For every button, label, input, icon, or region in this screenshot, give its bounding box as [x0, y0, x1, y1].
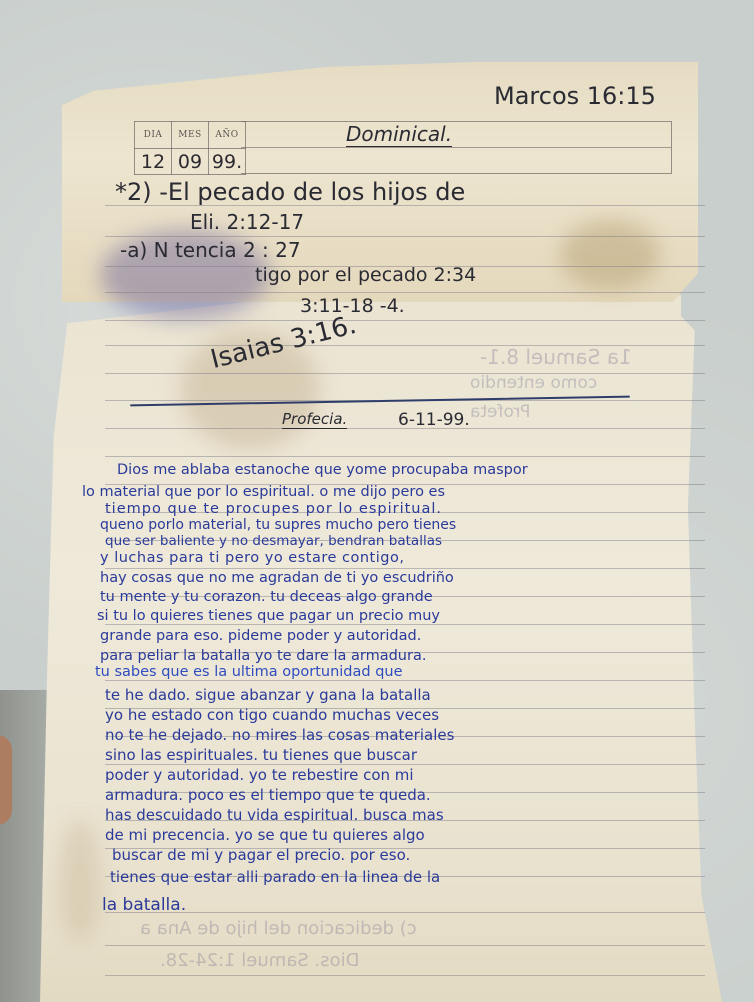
body-line: te he dado. sigue abanzar y gana la bata…	[105, 686, 431, 704]
top-line-2: Eli. 2:12-17	[190, 210, 304, 234]
body-line: queno porlo material, tu supres mucho pe…	[100, 517, 456, 533]
date-table: DIA MES AÑO 12 09 99.	[134, 121, 246, 175]
body-line: si tu lo quieres tienes que pagar un pre…	[97, 608, 440, 624]
profecia-label: Profecia.	[282, 410, 347, 429]
top-line-4: tigo por el pecado 2:34	[255, 264, 476, 286]
body-line: armadura. poco es el tiempo que te queda…	[105, 786, 431, 804]
bleed-through-text: Dios. Samuel 1:24-28.	[160, 950, 359, 971]
bleed-through-text: como entendio	[470, 373, 597, 393]
year-label: AÑO	[209, 122, 246, 149]
body-line: no te he dejado. no mires las cosas mate…	[105, 726, 454, 744]
body-line: para peliar la batalla yo te dare la arm…	[100, 648, 426, 664]
body-line: tu sabes que es la ultima oportunidad qu…	[95, 664, 403, 680]
top-line-3: -a) N tencia 2 : 27	[120, 238, 301, 262]
water-stain	[560, 220, 660, 290]
bleed-through-text: c) dedicacion del hijo de Ana a	[140, 918, 417, 939]
bleed-through-text: Profeta	[470, 402, 531, 422]
water-stain	[60, 820, 100, 940]
body-line: hay cosas que no me agradan de ti yo esc…	[100, 570, 454, 586]
body-line: y luchas para ti pero yo estare contigo,	[100, 550, 404, 566]
day-label: DIA	[135, 122, 172, 149]
body-line: que ser baliente y no desmayar, bendran …	[105, 533, 442, 549]
body-line: lo material que por lo espiritual. o me …	[82, 484, 445, 500]
verse-reference-marcos: Marcos 16:15	[494, 82, 656, 110]
month-value: 09	[172, 149, 209, 175]
body-line: de mi precencia. yo se que tu quieres al…	[105, 826, 425, 844]
body-line: Dios me ablaba estanoche que yome procup…	[117, 462, 528, 478]
month-label: MES	[172, 122, 209, 149]
top-line-1: *2) -El pecado de los hijos de	[115, 178, 465, 206]
body-line: tienes que estar alli parado en la linea…	[110, 868, 440, 886]
handwritten-note: Marcos 16:15 DIA MES AÑO 12 09 99. Domin…	[0, 0, 754, 1002]
body-line: tiempo que te procupes por lo espiritual…	[105, 501, 442, 517]
body-line: grande para eso. pideme poder y autorida…	[100, 628, 421, 644]
bleed-through-text: 1a Samuel 8.1-	[480, 345, 632, 369]
note-title: Dominical.	[346, 122, 452, 147]
body-line: sino las espirituales. tu tienes que bus…	[105, 746, 417, 764]
year-value: 99.	[209, 149, 246, 175]
body-line: poder y autoridad. yo te rebestire con m…	[105, 766, 414, 784]
body-line: has descuidado tu vida espiritual. busca…	[105, 806, 444, 824]
body-line: la batalla.	[102, 895, 186, 915]
body-line: buscar de mi y pagar el precio. por eso.	[112, 846, 410, 864]
profecia-date: 6-11-99.	[398, 410, 470, 430]
body-line: tu mente y tu corazon. tu deceas algo gr…	[100, 589, 433, 605]
title-cell	[241, 121, 672, 174]
day-value: 12	[135, 149, 172, 175]
body-line: yo he estado con tigo cuando muchas vece…	[105, 706, 439, 724]
